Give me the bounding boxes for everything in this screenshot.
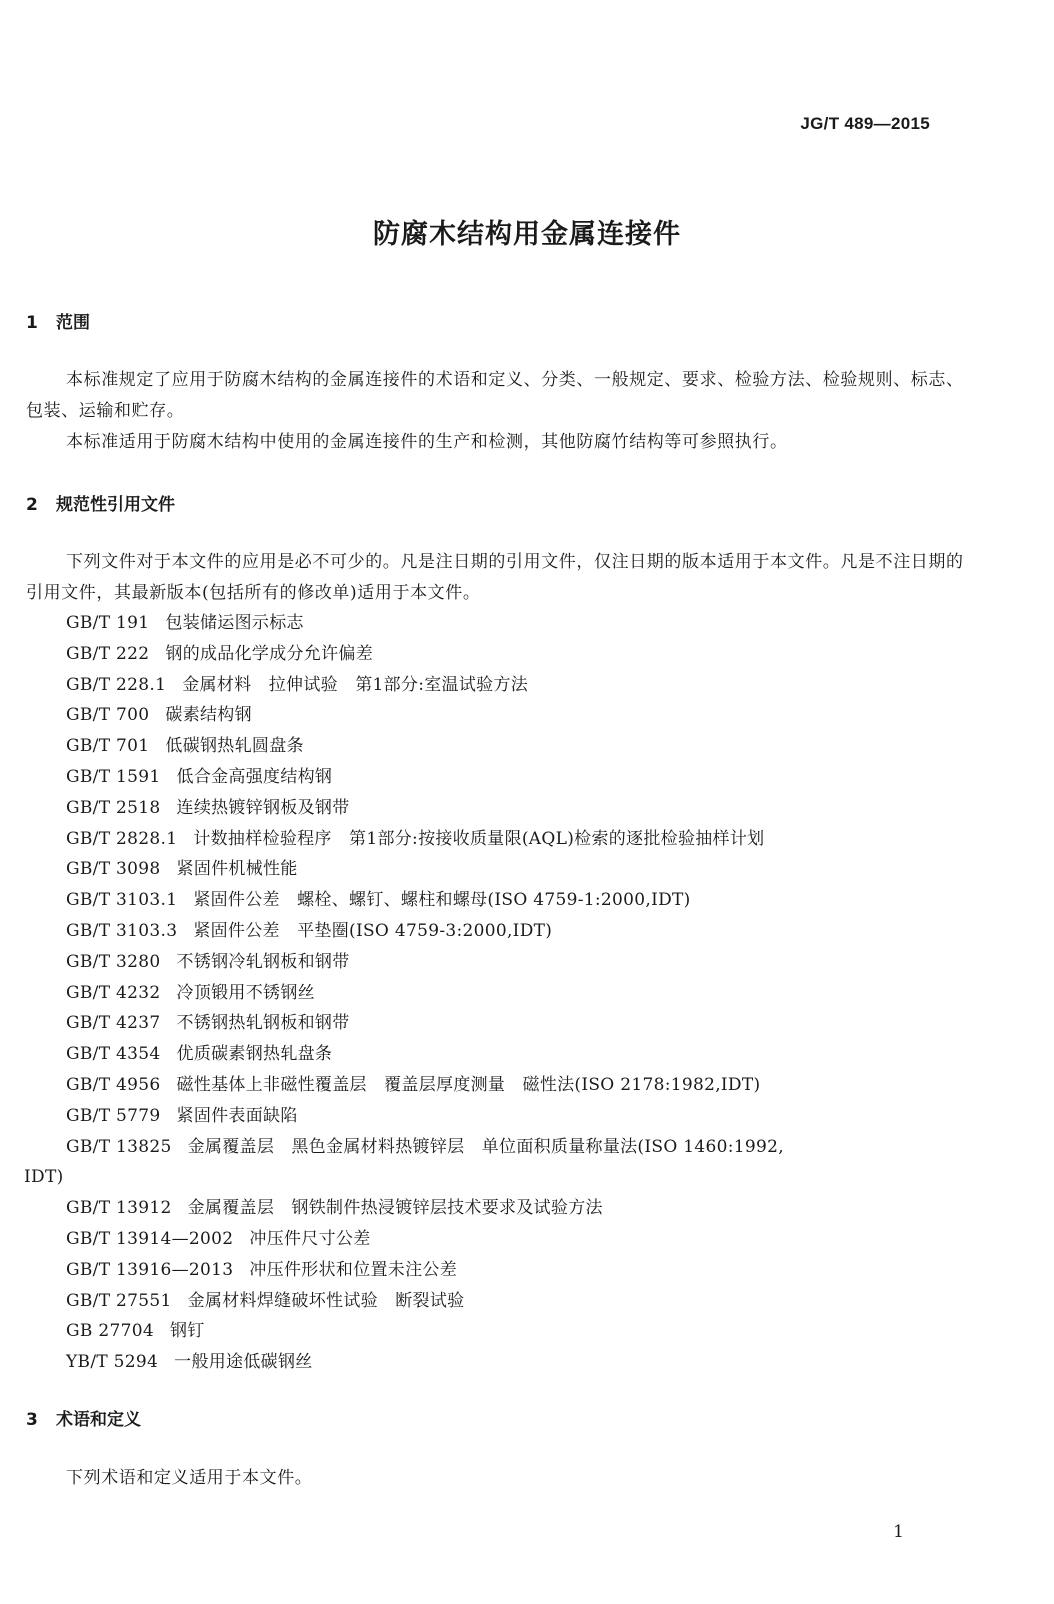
section-1-heading: 1范围 xyxy=(26,308,90,333)
reference-item: GB/T 191包装储运图示标志 xyxy=(66,608,784,639)
reference-item: GB/T 222钢的成品化学成分允许偏差 xyxy=(66,639,784,670)
scope-paragraph-2: 本标准适用于防腐木结构中使用的金属连接件的生产和检测，其他防腐竹结构等可参照执行… xyxy=(26,427,966,458)
reference-code: GB/T 701 xyxy=(66,731,149,762)
section-title: 术语和定义 xyxy=(56,1410,141,1430)
section-number: 2 xyxy=(26,495,56,515)
reference-code: GB/T 5779 xyxy=(66,1101,161,1132)
reference-title: 紧固件表面缺陷 xyxy=(177,1106,298,1126)
section-title: 规范性引用文件 xyxy=(56,495,175,515)
reference-code: GB/T 2828.1 xyxy=(66,824,177,855)
reference-title: 低碳钢热轧圆盘条 xyxy=(165,736,303,756)
reference-item: GB/T 3103.3紧固件公差 平垫圈(ISO 4759-3:2000,IDT… xyxy=(66,916,784,947)
reference-item: GB/T 13914—2002冲压件尺寸公差 xyxy=(66,1224,784,1255)
reference-item: GB/T 700碳素结构钢 xyxy=(66,700,784,731)
reference-title: 金属材料焊缝破坏性试验 断裂试验 xyxy=(188,1291,465,1311)
reference-item: GB/T 3098紧固件机械性能 xyxy=(66,854,784,885)
section-title: 范围 xyxy=(56,313,90,333)
section-2-heading: 2规范性引用文件 xyxy=(26,490,175,515)
reference-title: 金属覆盖层 黑色金属材料热镀锌层 单位面积质量称量法(ISO 1460:1992… xyxy=(188,1137,784,1157)
reference-code: GB/T 228.1 xyxy=(66,670,166,701)
reference-item: GB/T 4232冷顶锻用不锈钢丝 xyxy=(66,978,784,1009)
reference-title: 冲压件形状和位置未注公差 xyxy=(249,1260,457,1280)
reference-title: 优质碳素钢热轧盘条 xyxy=(177,1044,333,1064)
reference-item-continuation: IDT) xyxy=(24,1162,784,1193)
reference-title: 冲压件尺寸公差 xyxy=(249,1229,370,1249)
scope-paragraph-1: 本标准规定了应用于防腐木结构的金属连接件的术语和定义、分类、一般规定、要求、检验… xyxy=(26,365,966,427)
reference-code: GB/T 3280 xyxy=(66,947,161,978)
reference-code: GB/T 13912 xyxy=(66,1193,172,1224)
reference-item: GB/T 2828.1计数抽样检验程序 第1部分:按接收质量限(AQL)检索的逐… xyxy=(66,824,784,855)
reference-title: 金属覆盖层 钢铁制件热浸镀锌层技术要求及试验方法 xyxy=(188,1198,603,1218)
reference-title: 一般用途低碳钢丝 xyxy=(174,1352,312,1372)
section-number: 1 xyxy=(26,313,56,333)
reference-item: GB/T 27551金属材料焊缝破坏性试验 断裂试验 xyxy=(66,1286,784,1317)
reference-code: GB/T 13916—2013 xyxy=(66,1255,233,1286)
reference-item: GB/T 1591低合金高强度结构钢 xyxy=(66,762,784,793)
reference-code: GB/T 13825 xyxy=(66,1132,172,1163)
reference-title: 不锈钢冷轧钢板和钢带 xyxy=(177,952,350,972)
terms-intro-paragraph: 下列术语和定义适用于本文件。 xyxy=(26,1463,966,1494)
reference-code: GB/T 3098 xyxy=(66,854,161,885)
reference-code: GB/T 1591 xyxy=(66,762,161,793)
reference-item: GB/T 13825金属覆盖层 黑色金属材料热镀锌层 单位面积质量称量法(ISO… xyxy=(66,1132,784,1163)
reference-code: GB 27704 xyxy=(66,1316,154,1347)
reference-item: GB/T 701低碳钢热轧圆盘条 xyxy=(66,731,784,762)
reference-title: 低合金高强度结构钢 xyxy=(177,767,333,787)
reference-title: 不锈钢热轧钢板和钢带 xyxy=(177,1013,350,1033)
reference-title: 包装储运图示标志 xyxy=(165,613,303,633)
section-3-heading: 3术语和定义 xyxy=(26,1405,141,1430)
reference-code: GB/T 4956 xyxy=(66,1070,161,1101)
reference-code: GB/T 700 xyxy=(66,700,149,731)
reference-title: 连续热镀锌钢板及钢带 xyxy=(177,798,350,818)
normative-references-list: GB/T 191包装储运图示标志 GB/T 222钢的成品化学成分允许偏差 GB… xyxy=(66,608,784,1378)
reference-title: 紧固件机械性能 xyxy=(177,859,298,879)
page-number: 1 xyxy=(893,1522,904,1542)
reference-title: 钢的成品化学成分允许偏差 xyxy=(165,644,373,664)
reference-code: GB/T 4354 xyxy=(66,1039,161,1070)
reference-code: GB/T 3103.1 xyxy=(66,885,177,916)
reference-code: GB/T 2518 xyxy=(66,793,161,824)
references-intro-paragraph: 下列文件对于本文件的应用是必不可少的。凡是注日期的引用文件，仅注日期的版本适用于… xyxy=(26,547,966,609)
reference-title: 磁性基体上非磁性覆盖层 覆盖层厚度测量 磁性法(ISO 2178:1982,ID… xyxy=(177,1075,761,1095)
reference-item: GB/T 228.1金属材料 拉伸试验 第1部分:室温试验方法 xyxy=(66,670,784,701)
reference-code: GB/T 27551 xyxy=(66,1286,172,1317)
reference-title: 金属材料 拉伸试验 第1部分:室温试验方法 xyxy=(182,675,528,695)
reference-item: GB/T 3103.1紧固件公差 螺栓、螺钉、螺柱和螺母(ISO 4759-1:… xyxy=(66,885,784,916)
reference-item: GB/T 13916—2013冲压件形状和位置未注公差 xyxy=(66,1255,784,1286)
section-number: 3 xyxy=(26,1410,56,1430)
reference-title: 计数抽样检验程序 第1部分:按接收质量限(AQL)检索的逐批检验抽样计划 xyxy=(193,829,764,849)
document-title: 防腐木结构用金属连接件 xyxy=(0,212,1054,251)
reference-title: 冷顶锻用不锈钢丝 xyxy=(177,983,315,1003)
reference-code: GB/T 3103.3 xyxy=(66,916,177,947)
reference-item: GB/T 4354优质碳素钢热轧盘条 xyxy=(66,1039,784,1070)
standard-code: JG/T 489—2015 xyxy=(800,114,930,134)
reference-code: GB/T 13914—2002 xyxy=(66,1224,233,1255)
reference-code: GB/T 222 xyxy=(66,639,149,670)
reference-title: 碳素结构钢 xyxy=(165,705,252,725)
reference-title: 紧固件公差 螺栓、螺钉、螺柱和螺母(ISO 4759-1:2000,IDT) xyxy=(193,890,690,910)
reference-item: GB/T 4956磁性基体上非磁性覆盖层 覆盖层厚度测量 磁性法(ISO 217… xyxy=(66,1070,784,1101)
reference-item: GB/T 5779紧固件表面缺陷 xyxy=(66,1101,784,1132)
reference-item: GB/T 13912金属覆盖层 钢铁制件热浸镀锌层技术要求及试验方法 xyxy=(66,1193,784,1224)
reference-code: GB/T 191 xyxy=(66,608,149,639)
reference-title: 紧固件公差 平垫圈(ISO 4759-3:2000,IDT) xyxy=(193,921,552,941)
reference-item: GB 27704钢钉 xyxy=(66,1316,784,1347)
reference-code: GB/T 4237 xyxy=(66,1008,161,1039)
reference-item: GB/T 2518连续热镀锌钢板及钢带 xyxy=(66,793,784,824)
reference-item: YB/T 5294一般用途低碳钢丝 xyxy=(66,1347,784,1378)
reference-item: GB/T 3280不锈钢冷轧钢板和钢带 xyxy=(66,947,784,978)
reference-item: GB/T 4237不锈钢热轧钢板和钢带 xyxy=(66,1008,784,1039)
reference-title: 钢钉 xyxy=(170,1321,205,1341)
reference-code: YB/T 5294 xyxy=(66,1347,158,1378)
reference-code: GB/T 4232 xyxy=(66,978,161,1009)
